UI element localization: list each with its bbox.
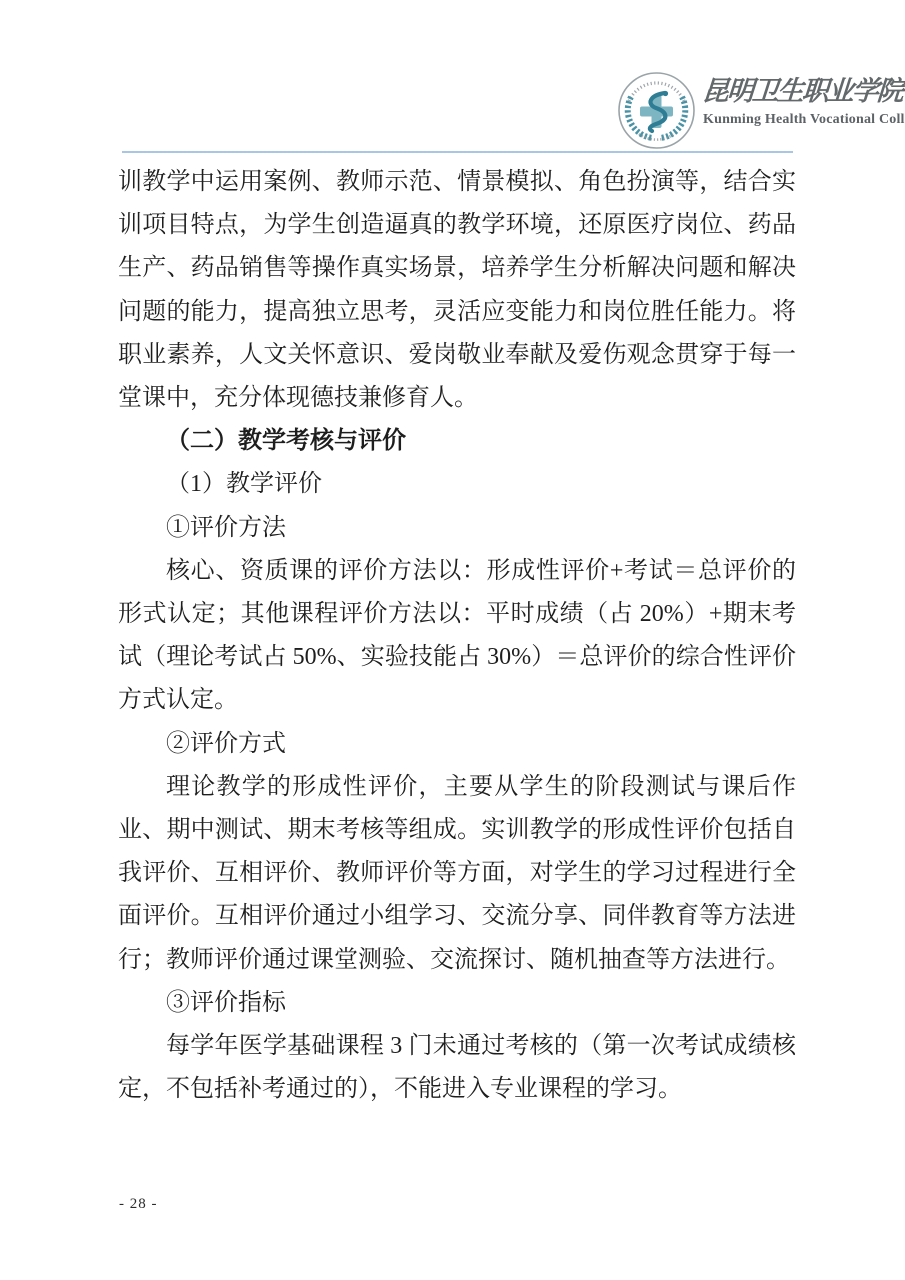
college-name-english: Kunming Health Vocational College [703, 112, 903, 128]
section-heading: （二）教学考核与评价 [118, 420, 796, 463]
document-body: 训教学中运用案例、教师示范、情景模拟、角色扮演等，结合实训项目特点，为学生创造逼… [118, 161, 796, 1111]
page-header: 昆明卫生职业学院 Kunming Health Vocational Colle… [0, 0, 905, 160]
college-name-chinese: 昆明卫生职业学院 [701, 76, 898, 106]
item-heading-3: ③评价指标 [118, 982, 796, 1025]
item-heading-1: ①评价方法 [118, 507, 796, 550]
body-paragraph: 理论教学的形成性评价，主要从学生的阶段测试与课后作业、期中测试、期末考核等组成。… [118, 766, 796, 982]
college-seal-icon [617, 71, 696, 150]
body-paragraph: 每学年医学基础课程 3 门未通过考核的（第一次考试成绩核定，不包括补考通过的），… [118, 1025, 796, 1111]
header-divider [122, 151, 793, 153]
subsection-heading: （1）教学评价 [118, 463, 796, 506]
document-page: 昆明卫生职业学院 Kunming Health Vocational Colle… [0, 0, 905, 1280]
body-paragraph: 核心、资质课的评价方法以：形成性评价+考试＝总评价的形式认定；其他课程评价方法以… [118, 550, 796, 723]
page-number: - 28 - [119, 1196, 158, 1213]
body-paragraph-continuation: 训教学中运用案例、教师示范、情景模拟、角色扮演等，结合实训项目特点，为学生创造逼… [118, 161, 796, 420]
item-heading-2: ②评价方式 [118, 723, 796, 766]
